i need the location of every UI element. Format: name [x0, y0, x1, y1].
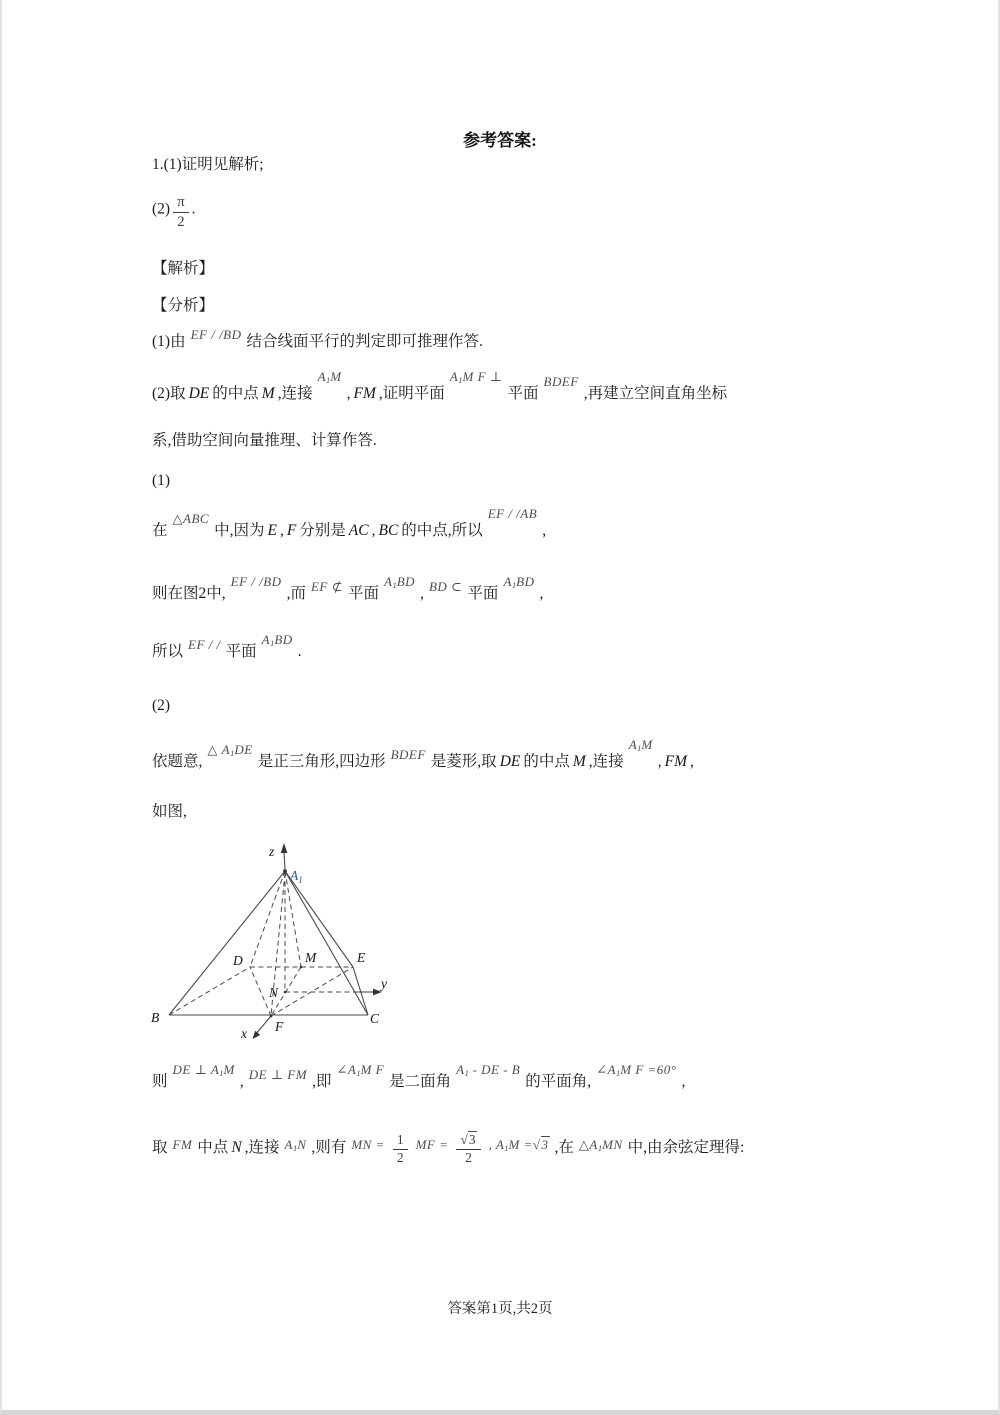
math-variable: N — [231, 1139, 241, 1156]
text-run: 中,由余弦定理得: — [628, 1139, 745, 1156]
text-run: , — [658, 753, 662, 770]
formula: EF ⊄ — [311, 579, 343, 594]
text-run: 如图, — [152, 803, 187, 820]
formula: BD ⊂ — [429, 579, 462, 594]
paragraph-p6: (2)取DE的中点M,连接A1M,FM,证明平面A1M F ⊥平面BDEF,再建… — [152, 383, 727, 405]
formula: EF / /AB — [488, 506, 538, 521]
text-run: . — [192, 201, 196, 218]
page: 参考答案: 1.(1)证明见解析;(2)π2.【解析】【分析】(1)由EF / … — [0, 0, 1000, 1415]
label-point-E: E — [356, 950, 366, 965]
math-variable: DE — [500, 753, 521, 770]
math-variable: AC — [349, 522, 369, 539]
paragraph-p4: 【分析】 — [152, 295, 214, 317]
page-footer: 答案第1页,共2页 — [2, 1297, 998, 1318]
page-title: 参考答案: — [2, 126, 998, 151]
paragraph-p7: 系,借助空间向量推理、计算作答. — [152, 430, 377, 452]
text-run: . — [298, 643, 302, 660]
formula: , A1M =√3 — [489, 1137, 550, 1152]
paragraph-p15: 则DE ⊥ A1M,DE ⊥ FM,即∠A1M F是二面角A1 - DE - B… — [152, 1071, 685, 1093]
text-run: 在 — [152, 522, 168, 539]
paragraph-p11: 所以EF / /平面A1BD. — [152, 641, 302, 663]
math-variable: M — [573, 753, 586, 770]
text-run: , — [372, 522, 376, 539]
text-run: , — [542, 522, 546, 539]
text-run: 则 — [152, 1073, 168, 1090]
text-run: 结合线面平行的判定即可推理作答. — [247, 333, 483, 350]
label-point-C: C — [370, 1011, 380, 1026]
text-run: 的平面角, — [525, 1073, 591, 1090]
formula: ∠A1M F =60° — [596, 1062, 676, 1077]
text-run: 所以 — [152, 643, 183, 660]
text-run: (2) — [152, 697, 170, 714]
text-run: (2) — [152, 201, 170, 218]
text-run: 平面 — [507, 385, 538, 402]
text-run: 系,借助空间向量推理、计算作答. — [152, 432, 377, 449]
text-run: 取 — [152, 1139, 168, 1156]
formula: DE ⊥ FM — [249, 1067, 307, 1082]
math-variable: M — [262, 385, 275, 402]
text-run: 【分析】 — [152, 297, 214, 314]
math-variable: BC — [378, 522, 398, 539]
text-run: 是菱形,取 — [431, 753, 497, 770]
math-variable: FM — [665, 753, 687, 770]
text-run: 平面 — [226, 643, 257, 660]
text-run: ,则有 — [311, 1139, 346, 1156]
fraction: √32 — [456, 1133, 480, 1166]
text-run: 是二面角 — [389, 1073, 451, 1090]
formula: MF = — [416, 1137, 449, 1152]
text-run: 则在图2中, — [152, 585, 226, 602]
text-run: (2)取 — [152, 385, 186, 402]
formula: △A1MN — [579, 1137, 623, 1152]
text-run: 1.(1)证明见解析; — [152, 156, 264, 173]
text-run: 的中点 — [212, 385, 259, 402]
math-variable: E — [267, 522, 276, 539]
paragraph-p16: 取FM中点N,连接A1N,则有MN =12MF =√32, A1M =√3,在△… — [152, 1135, 744, 1168]
text-run: 依题意, — [152, 753, 202, 770]
text-run: 是正三角形,四边形 — [258, 753, 386, 770]
formula: ∠A1M F — [336, 1062, 384, 1077]
text-run: 的中点,所以 — [401, 522, 482, 539]
text-run: 【解析】 — [152, 260, 214, 277]
math-variable: DE — [189, 385, 210, 402]
formula: DE ⊥ A1M — [173, 1062, 235, 1077]
text-run: ,证明平面 — [379, 385, 445, 402]
label-y-axis: y — [379, 976, 387, 991]
text-run: , — [420, 585, 424, 602]
label-x-axis: x — [240, 1026, 247, 1041]
paragraph-p8: (1) — [152, 470, 170, 492]
diagram-solid-lines — [169, 852, 374, 1035]
paragraph-p5: (1)由EF / /BD结合线面平行的判定即可推理作答. — [152, 331, 483, 353]
formula: A1M — [629, 737, 653, 752]
paragraph-p2: (2)π2. — [152, 196, 196, 232]
math-variable: F — [287, 522, 296, 539]
formula: FM — [173, 1137, 193, 1152]
text-run: ,连接 — [278, 385, 313, 402]
paragraph-p3: 【解析】 — [152, 258, 214, 280]
text-run: 中,因为 — [214, 522, 264, 539]
label-point-M: M — [304, 950, 317, 965]
paragraph-p14: 如图, — [152, 801, 187, 823]
formula: △ABC — [173, 511, 210, 526]
geometry-diagram: z A1 D M E N y B C F x — [142, 833, 402, 1048]
fraction: π2 — [173, 194, 189, 230]
paragraph-p1: 1.(1)证明见解析; — [152, 154, 264, 176]
formula: A1N — [285, 1137, 307, 1152]
text-run: (1) — [152, 472, 170, 489]
label-point-A1: A1 — [289, 868, 303, 885]
text-run: ,连接 — [245, 1139, 280, 1156]
text-run: , — [280, 522, 284, 539]
fraction: 12 — [393, 1133, 408, 1166]
formula: BDEF — [544, 374, 579, 389]
formula: EF / /BD — [191, 327, 242, 342]
formula: EF / / — [188, 637, 221, 652]
paragraph-p13: 依题意,△ A1DE是正三角形,四边形BDEF是菱形,取DE的中点M,连接A1M… — [152, 751, 694, 773]
text-run: , — [347, 385, 351, 402]
text-run: 中点 — [197, 1139, 228, 1156]
text-run: 分别是 — [299, 522, 346, 539]
formula: MN = — [351, 1137, 385, 1152]
text-run: 平面 — [348, 585, 379, 602]
diagram-dashed-lines — [169, 871, 358, 1016]
text-run: ,而 — [287, 585, 306, 602]
formula: A1M — [318, 369, 342, 384]
text-run: 的中点 — [523, 753, 570, 770]
formula: A1BD — [503, 574, 534, 589]
text-run: ,即 — [312, 1073, 331, 1090]
paragraph-p10: 则在图2中,EF / /BD,而EF ⊄平面A1BD,BD ⊂平面A1BD, — [152, 583, 543, 605]
text-run: (1)由 — [152, 333, 186, 350]
text-run: , — [539, 585, 543, 602]
formula: BDEF — [391, 747, 426, 762]
text-run: , — [690, 753, 694, 770]
label-point-F: F — [274, 1019, 284, 1034]
formula: △ A1DE — [207, 742, 252, 757]
label-point-D: D — [232, 953, 243, 968]
formula: EF / /BD — [231, 574, 282, 589]
formula: A1 - DE - B — [456, 1062, 520, 1077]
paragraph-p9: 在△ABC中,因为E,F分别是AC,BC的中点,所以EF / /AB, — [152, 520, 546, 542]
text-run: , — [240, 1073, 244, 1090]
paragraph-p12: (2) — [152, 695, 170, 717]
formula: A1BD — [384, 574, 415, 589]
label-point-N: N — [268, 985, 279, 1000]
formula: A1BD — [262, 632, 293, 647]
text-run: ,在 — [555, 1139, 574, 1156]
math-variable: FM — [354, 385, 376, 402]
formula: A1M F ⊥ — [450, 369, 503, 384]
label-point-B: B — [151, 1010, 159, 1025]
text-run: , — [681, 1073, 685, 1090]
text-run: ,再建立空间直角坐标 — [584, 385, 727, 402]
text-run: 平面 — [467, 585, 498, 602]
label-z-axis: z — [268, 844, 275, 859]
text-run: ,连接 — [589, 753, 624, 770]
